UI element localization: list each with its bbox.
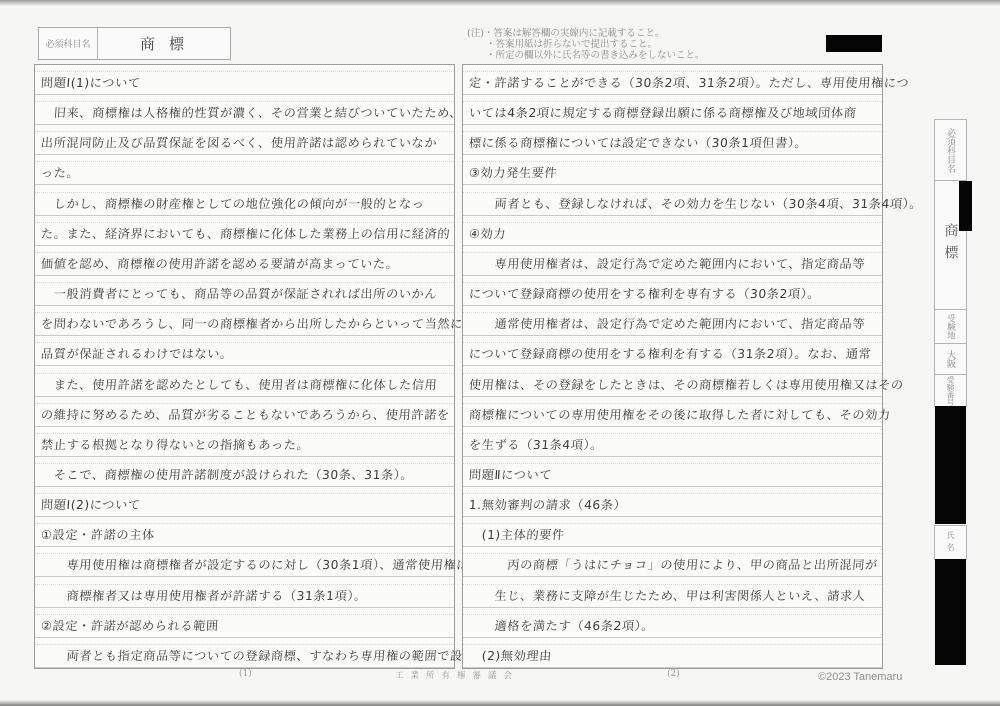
copyright: ©2023 Tanemaru [818, 671, 902, 683]
handwritten-text: 商標権についての専用使用権をその後に取得した者に対しても、その効力 [468, 406, 891, 423]
handwritten-text: 両者とも指定商品等についての登録商標、すなわち専用権の範囲で設 [40, 647, 463, 664]
handwritten-text: (2)無効理由 [468, 647, 552, 664]
handwritten-text: 品質が保証されるわけではない。 [40, 345, 233, 362]
page-number-left: (1) [239, 669, 252, 679]
note-2: ・答案用紙は折らないで提出すること。 [467, 39, 705, 50]
answer-line: (1)主体的要件 [463, 517, 882, 547]
handwritten-text: 商標権者又は専用使用権者が許諾する（31条1項）。 [40, 587, 367, 604]
handwritten-text: た。また、経済界においても、商標権に化体した業務上の信用に経済的 [40, 225, 450, 242]
subject-box: 必須科目名 商標 [38, 27, 231, 60]
answer-line: いては4条2項に規定する商標登録出願に係る商標権及び地域団体商 [463, 95, 882, 125]
handwritten-text: 問題Ⅱについて [468, 466, 552, 483]
handwritten-text: しかし、商標権の財産権としての地位強化の傾向が一般的となっ [40, 195, 425, 212]
handwritten-text: 生じ、業務に支障が生じたため、甲は利害関係人といえ、請求人 [468, 587, 866, 604]
handwritten-text: 問題Ⅰ(2)について [40, 496, 141, 513]
answer-line: また、使用許諾を認めたとしても、使用者は商標権に化体した信用 [35, 367, 454, 397]
handwritten-text: 適格を満たす（46条2項）。 [468, 617, 654, 634]
answer-line: ③効力発生要件 [463, 155, 882, 185]
note-1: (注)・答案は解答欄の実線内に記載すること。 [467, 28, 705, 39]
handwritten-text: ④効力 [468, 225, 506, 242]
answer-line: (2)無効理由 [463, 638, 882, 668]
answer-line: を問わないであろうし、同一の商標権者から出所したからといって当然に [35, 306, 454, 336]
answer-line: 定・許諾することができる（30条2項、31条2項）。ただし、専用使用権につ [463, 65, 882, 95]
handwritten-text: について登録商標の使用をする権利を有する（31条2項）。なお、通常 [468, 345, 872, 362]
answer-line: ②設定・許諾が認められる範囲 [35, 608, 454, 638]
side-venue-label-box: 受験地 [934, 309, 967, 344]
answer-line: 一般消費者にとっても、商品等の品質が保証されれば出所のいかん [35, 276, 454, 306]
side-subject-label: 必須科目名 [944, 128, 957, 173]
side-name-label-box: 氏名 [934, 525, 967, 560]
handwritten-text: 禁止する根拠となり得ないとの指摘もあった。 [40, 436, 310, 453]
handwritten-text: 問題Ⅰ(1)について [40, 74, 141, 91]
handwritten-text: ③効力発生要件 [468, 164, 557, 181]
scan-edge-bottom [0, 700, 1000, 706]
answer-line: 商標権についての専用使用権をその後に取得した者に対しても、その効力 [463, 397, 882, 427]
answer-line: 使用権は、その登録をしたときは、その商標権若しくは専用使用権又はその [463, 367, 882, 397]
side-venue-value: 大阪 [944, 350, 957, 368]
handwritten-text: ②設定・許諾が認められる範囲 [40, 617, 219, 634]
answer-line: 商標権者又は専用使用権者が許諾する（31条1項）。 [35, 578, 454, 608]
answer-line: 生じ、業務に支障が生じたため、甲は利害関係人といえ、請求人 [463, 578, 882, 608]
subject-value: 商標 [98, 28, 230, 59]
side-name-label: 氏名 [945, 531, 956, 555]
answer-line: 丙の商標「うはにチョコ」の使用により、甲の商品と出所混同が [463, 547, 882, 577]
answer-line: 通常使用権者は、設定行為で定めた範囲内において、指定商品等 [463, 306, 882, 336]
side-subject-value: 商標 [941, 223, 961, 267]
answer-line: について登録商標の使用をする権利を有する（31条2項）。なお、通常 [463, 336, 882, 366]
side-subject-label-box: 必須科目名 [934, 119, 967, 181]
answer-line: そこで、商標権の使用許諾制度が設けられた（30条、31条）。 [35, 457, 454, 487]
handwritten-text: について登録商標の使用をする権利を専有する（30条2項）。 [468, 285, 820, 302]
handwritten-text: を生ずる（31条4項）。 [468, 436, 603, 453]
answer-line: 問題Ⅱについて [463, 457, 882, 487]
answer-line: 専用使用権は商標権者が設定するのに対し（30条1項）、通常使用権は [35, 547, 454, 577]
answer-line: 両者とも指定商品等についての登録商標、すなわち専用権の範囲で設 [35, 638, 454, 668]
scan-edge-top [0, 0, 1000, 6]
handwritten-text: 両者とも、登録しなければ、その効力を生じない（30条4項、31条4項）。 [468, 195, 922, 212]
side-venue-value-box: 大阪 [934, 343, 967, 375]
handwritten-text: ①設定・許諾の主体 [40, 526, 155, 543]
side-number-label: 受験番号 [945, 376, 956, 406]
answer-line: 両者とも、登録しなければ、その効力を生じない（30条4項、31条4項）。 [463, 186, 882, 216]
organization-name: 工業所有権審議会 [395, 669, 519, 681]
handwritten-text: 専用使用権者は、設定行為で定めた範囲内において、指定商品等 [468, 255, 865, 272]
side-number-label-box: 受験番号 [934, 374, 967, 407]
answer-line: 問題Ⅰ(1)について [35, 65, 454, 95]
handwritten-text: 定・許諾することができる（30条2項、31条2項）。ただし、専用使用権につ [468, 74, 909, 91]
answer-panel-right: 定・許諾することができる（30条2項、31条2項）。ただし、専用使用権については… [462, 64, 883, 669]
handwritten-text: を問わないであろうし、同一の商標権者から出所したからといって当然に [40, 315, 463, 332]
handwritten-text: 1.無効審判の請求（46条） [468, 496, 627, 513]
handwritten-text: 旧来、商標権は人格権的性質が濃く、その営業と結びついていたため、 [40, 104, 462, 121]
redaction-side-1 [959, 181, 972, 231]
answer-line: を生ずる（31条4項）。 [463, 427, 882, 457]
answer-line: 1.無効審判の請求（46条） [463, 487, 882, 517]
answer-line: 出所混同防止及び品質保証を図るべく、使用許諾は認められていなか [35, 125, 454, 155]
handwritten-text: 価値を認め、商標権の使用許諾を認める要請が高まっていた。 [40, 255, 399, 272]
note-3: ・所定の欄以外に氏名等の書き込みをしないこと。 [467, 50, 705, 61]
handwritten-text: 丙の商標「うはにチョコ」の使用により、甲の商品と出所混同が [468, 556, 878, 573]
subject-label: 必須科目名 [39, 28, 98, 59]
answer-panel-left: 問題Ⅰ(1)について 旧来、商標権は人格権的性質が濃く、その営業と結びついていた… [34, 64, 455, 669]
side-venue-label: 受験地 [945, 314, 957, 340]
answer-line: 適格を満たす（46条2項）。 [463, 608, 882, 638]
answer-line: について登録商標の使用をする権利を専有する（30条2項）。 [463, 276, 882, 306]
handwritten-text: 通常使用権者は、設定行為で定めた範囲内において、指定商品等 [468, 315, 865, 332]
answer-line: ④効力 [463, 216, 882, 246]
handwritten-text: 出所混同防止及び品質保証を図るべく、使用許諾は認められていなか [40, 134, 437, 151]
answer-line: の維持に努めるため、品質が劣ることもないであろうから、使用許諾を [35, 397, 454, 427]
redaction-name [935, 559, 966, 665]
handwritten-text: 標に係る商標権については設定できない（30条1項但書）。 [468, 134, 808, 151]
page-number-right: (2) [667, 669, 680, 679]
handwritten-text: いては4条2項に規定する商標登録出願に係る商標権及び地域団体商 [468, 104, 857, 121]
answer-line: しかし、商標権の財産権としての地位強化の傾向が一般的となっ [35, 186, 454, 216]
answer-line: ①設定・許諾の主体 [35, 517, 454, 547]
handwritten-text: (1)主体的要件 [468, 526, 565, 543]
handwritten-text: 使用権は、その登録をしたときは、その商標権若しくは専用使用権又はその [468, 376, 904, 393]
handwritten-text: また、使用許諾を認めたとしても、使用者は商標権に化体した信用 [40, 376, 438, 393]
answer-line: 標に係る商標権については設定できない（30条1項但書）。 [463, 125, 882, 155]
instruction-notes: (注)・答案は解答欄の実線内に記載すること。 ・答案用紙は折らないで提出すること… [467, 28, 705, 61]
answer-line: 問題Ⅰ(2)について [35, 487, 454, 517]
answer-line: 禁止する根拠となり得ないとの指摘もあった。 [35, 427, 454, 457]
handwritten-text: の維持に努めるため、品質が劣ることもないであろうから、使用許諾を [40, 406, 450, 423]
answer-sheet: 必須科目名 商標 (注)・答案は解答欄の実線内に記載すること。 ・答案用紙は折ら… [0, 0, 1000, 706]
answer-line: 旧来、商標権は人格権的性質が濃く、その営業と結びついていたため、 [35, 95, 454, 125]
answer-line: った。 [35, 155, 454, 185]
redaction-top [826, 35, 882, 52]
handwritten-text: そこで、商標権の使用許諾制度が設けられた（30条、31条）。 [40, 466, 414, 483]
handwritten-text: 一般消費者にとっても、商品等の品質が保証されれば出所のいかん [40, 285, 437, 302]
answer-line: た。また、経済界においても、商標権に化体した業務上の信用に経済的 [35, 216, 454, 246]
redaction-number [935, 406, 966, 524]
answer-line: 専用使用権者は、設定行為で定めた範囲内において、指定商品等 [463, 246, 882, 276]
answer-line: 価値を認め、商標権の使用許諾を認める要請が高まっていた。 [35, 246, 454, 276]
handwritten-text: った。 [40, 164, 80, 181]
answer-line: 品質が保証されるわけではない。 [35, 336, 454, 366]
handwritten-text: 専用使用権は商標権者が設定するのに対し（30条1項）、通常使用権は [40, 556, 469, 573]
